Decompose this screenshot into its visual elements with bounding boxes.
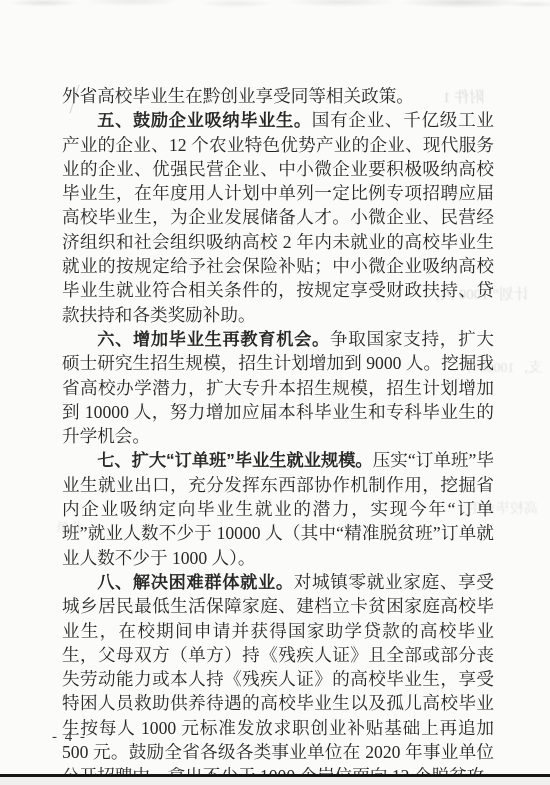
body-run: 国有企业、千亿级工业产业的企业、12 个农业特色优势产业的企业、现代服务业的企业…: [62, 110, 494, 324]
document-body: 外省高校毕业生在黔创业享受同等相关政策。 五、鼓励企业吸纳毕业生。国有企业、千亿…: [62, 84, 494, 785]
section-heading: 六、增加毕业生再教育机会。: [97, 329, 330, 349]
scanned-document-page: 附件 1 计划” 1000 人， 支，10000 个 高校毕业生 业单 外省高校…: [0, 0, 550, 785]
paragraph-section-7: 七、扩大“订单班”毕业生就业规模。压实“订单班”毕业生就业出口，充分发挥东西部协…: [62, 448, 494, 569]
body-run: 外省高校毕业生在黔创业享受同等相关政策。: [62, 86, 414, 106]
section-heading: 五、鼓励企业吸纳毕业生。: [97, 110, 312, 130]
section-heading: 八、解决困难群体就业。: [97, 572, 294, 592]
section-heading: 七、扩大“订单班”毕业生就业规模。: [97, 450, 372, 470]
paragraph-section-6: 六、增加毕业生再教育机会。争取国家支持，扩大硕士研究生招生规模，招生计划增加到 …: [62, 327, 494, 448]
page-number: - 4 -: [52, 729, 87, 746]
paragraph-section-8: 八、解决困难群体就业。对城镇零就业家庭、享受城乡居民最低生活保障家庭、建档立卡贫…: [62, 570, 494, 785]
paragraph-section-5: 五、鼓励企业吸纳毕业生。国有企业、千亿级工业产业的企业、12 个农业特色优势产业…: [62, 108, 494, 327]
scan-edge-below: [0, 777, 550, 785]
body-run: 对城镇零就业家庭、享受城乡居民最低生活保障家庭、建档立卡贫困家庭高校毕业生，在校…: [62, 572, 494, 785]
scan-noise-top: [0, 0, 550, 14]
paragraph-continuation: 外省高校毕业生在黔创业享受同等相关政策。: [62, 84, 494, 108]
